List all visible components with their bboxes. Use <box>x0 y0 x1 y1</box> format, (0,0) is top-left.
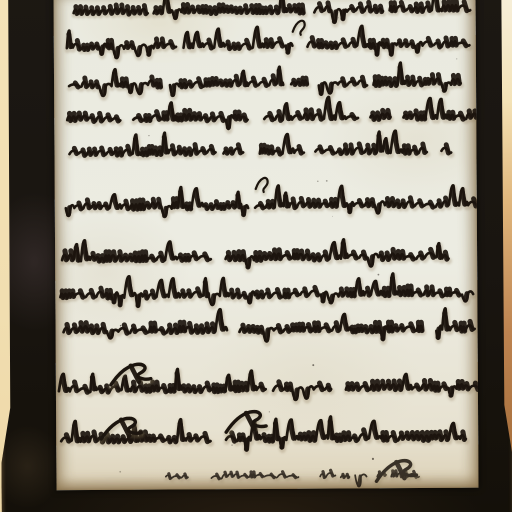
manuscript-page <box>53 0 478 490</box>
handwriting-line <box>166 460 453 490</box>
framed-manuscript-photo: Photograph of an aged handwritten manusc… <box>0 0 512 512</box>
handwriting-line <box>67 96 478 132</box>
handwriting-line <box>73 0 470 26</box>
handwriting-line <box>69 130 451 157</box>
handwriting-line <box>63 308 475 345</box>
handwriting-line <box>61 410 478 453</box>
handwriting-ink <box>53 0 478 490</box>
handwriting-line <box>60 273 474 309</box>
handwriting-line <box>67 20 470 61</box>
handwriting-line <box>66 177 479 219</box>
picture-frame <box>0 0 512 512</box>
handwriting-line <box>62 238 471 271</box>
handwriting-line <box>59 362 479 403</box>
handwriting-line <box>69 62 461 98</box>
